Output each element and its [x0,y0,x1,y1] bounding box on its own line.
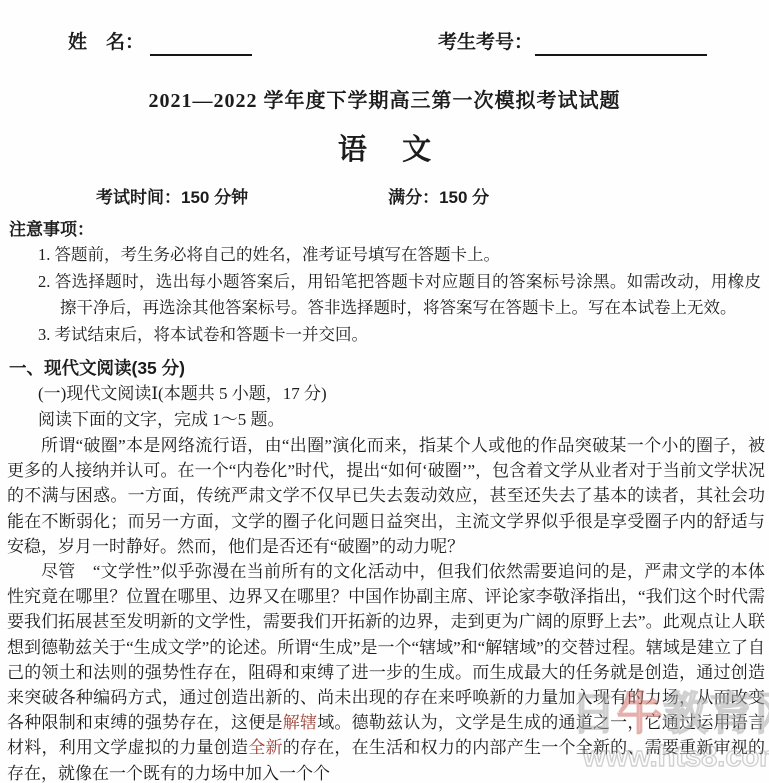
watermark-tinted-text: 解辖 [283,713,317,732]
exam-full-score: 满分：150 分 [388,183,489,208]
watermark-tinted-text: 全新 [248,738,282,757]
reading-instruction: 阅读下面的文字，完成 1～5 题。 [0,407,769,433]
exam-paper-page: 姓 名： 考生考号： 2021—2022 学年度下学期高三第一次模拟考试试题 语… [0,0,769,783]
exam-number-label: 考生考号： [438,30,533,56]
subject-title: 语 文 [0,127,769,168]
notes-heading: 注意事项： [0,217,769,242]
exam-number-field: 考生考号： [438,30,707,56]
exam-duration: 考试时间：150 分钟 [96,183,248,208]
candidate-info-row: 姓 名： 考生考号： [0,30,769,56]
exam-title: 2021—2022 学年度下学期高三第一次模拟考试试题 [0,84,769,113]
passage-paragraph-1: 所谓“破圈”本是网络流行语，由“出圈”演化而来，指某个人或他的作品突破某一个小的… [0,433,769,559]
note-item-2: 2. 答选择题时，选出每小题答案后，用铅笔把答题卡对应题目的答案标号涂黑。如需改… [0,269,769,322]
note-item-1: 1. 答题前，考生务必将自己的姓名，准考证号填写在答题卡上。 [0,242,769,269]
name-label: 姓 名： [68,30,144,56]
exam-meta-row: 考试时间：150 分钟 满分：150 分 [0,183,769,208]
name-field: 姓 名： [68,30,254,56]
exam-number-blank-line [535,33,707,56]
section-heading: 一、现代文阅读(35 分) [0,355,769,381]
section-subheading: (一)现代文阅读Ⅰ(本题共 5 小题，17 分) [0,381,769,407]
name-blank-line [150,33,252,56]
passage-paragraph-2: 尽管 “文学性”似乎弥漫在当前所有的文化活动中，但我们依然需要追问的是，严肃文学… [0,559,769,783]
passage-text-segment: 尽管 “文学性”似乎弥漫在当前所有的文化活动中，但我们依然需要追问的是，严肃文学… [7,562,765,732]
note-item-3: 3. 考试结束后，将本试卷和答题卡一并交回。 [0,322,769,349]
